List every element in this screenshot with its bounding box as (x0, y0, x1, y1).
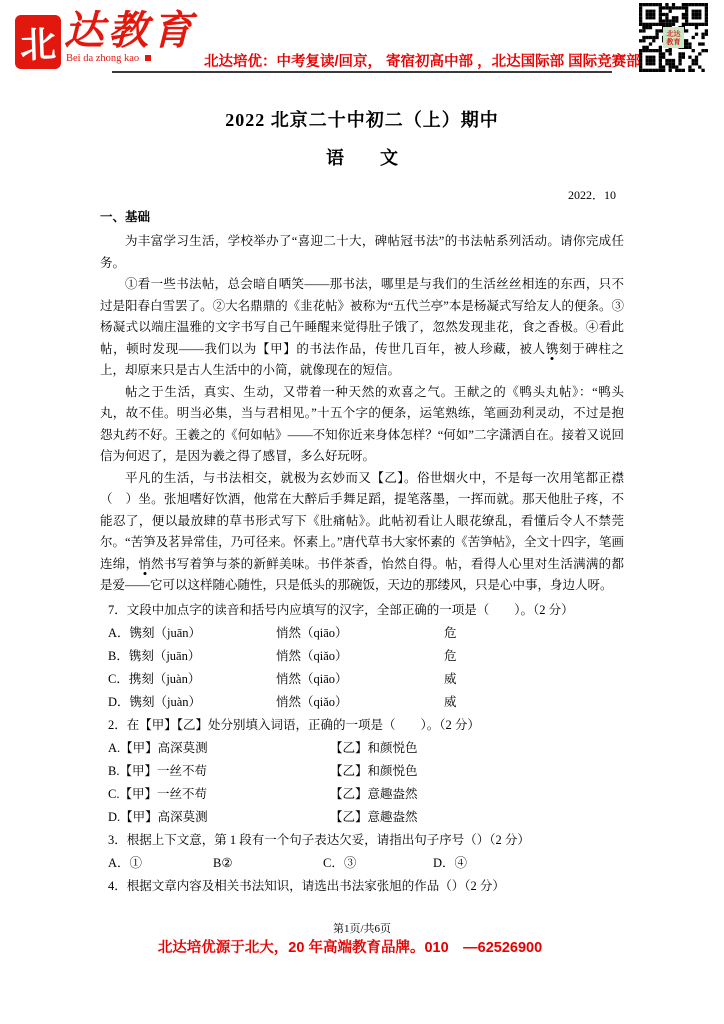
question-4-stem: 4．根据文章内容及相关书法知识，请选出书法家张旭的作品（）（2 分） (108, 875, 624, 898)
question-2: 2．在【甲】【乙】处分别填入词语，正确的一项是（ ）。（2 分） A.【甲】高深… (100, 714, 624, 829)
passage-paragraph-3: 平凡的生活，与书法相交，就极为玄妙而又【乙】。俗世烟火中，不是每一次用笔都正襟（… (100, 468, 624, 597)
question-7-option-d: D．镌刻（juàn） 悄然（qiǎo） 威 (108, 691, 624, 714)
header: 北 达教育 Bei da zhong kao 北达培优：中考复读/回京， 寄宿初… (0, 0, 724, 82)
brand-seal-logo: 北 (16, 16, 60, 68)
text-segment: 平凡的生活，与书法相交，就极为玄妙而又【乙】。俗世烟火中，不是每一次用笔都正襟（… (100, 471, 624, 571)
doc-date: 2022．10 (100, 186, 616, 203)
brand-name-script: 达教育 (64, 8, 194, 54)
question-2-option-d: D.【甲】高深莫测 【乙】意趣盎然 (108, 806, 624, 829)
option-label: 威 (444, 691, 624, 714)
option-label: 悄然（qiāo） (276, 622, 444, 645)
question-2-stem: 2．在【甲】【乙】处分别填入词语，正确的一项是（ ）。（2 分） (108, 714, 624, 737)
header-tagline: 北达培优：中考复读/回京， 寄宿初高中部 ，北达国际部 国际竞赛部 (204, 50, 624, 71)
option-label: B.【甲】一丝不苟 (108, 760, 330, 783)
option-label: D.【甲】高深莫测 (108, 806, 330, 829)
option-label: 威 (444, 668, 624, 691)
option-label: A.【甲】高深莫测 (108, 737, 330, 760)
question-7: 7．文段中加点字的读音和括号内应填写的汉字，全部正确的一项是（ ）。（2 分） … (100, 599, 624, 714)
option-label: B② (213, 852, 323, 875)
option-label: C.【甲】一丝不苟 (108, 783, 330, 806)
option-label: 【乙】意趣盎然 (330, 806, 624, 829)
option-label: A．① (108, 852, 213, 875)
qr-center-logo: 北达教育 (663, 27, 684, 48)
brand-square-icon (145, 55, 151, 61)
brand-subtext: Bei da zhong kao (66, 53, 151, 64)
option-label: C．③ (323, 852, 433, 875)
option-label: D．镌刻（juàn） (108, 691, 276, 714)
text-segment: 然书写着笋与茶的新鲜美味。书伴茶香，怡然自得。帖，看得人心里对生活满满的都是爱—… (100, 557, 624, 593)
intro-paragraph: 为丰富学习生活，学校举办了“喜迎二十大，碑帖冠书法”的书法帖系列活动。请你完成任… (100, 231, 624, 274)
brand-subtext-label: Bei da zhong kao (66, 53, 139, 64)
option-label: 【乙】和颜悦色 (330, 760, 624, 783)
option-label: 【乙】意趣盎然 (330, 783, 624, 806)
question-2-option-a: A.【甲】高深莫测 【乙】和颜悦色 (108, 737, 624, 760)
footer-slogan: 北达培优源于北大，20 年高端教育品牌。010 —62526900 (0, 936, 700, 957)
qr-center-text: 北达教育 (666, 30, 682, 46)
qr-code: 北达教育 (639, 3, 708, 72)
seal-character: 北 (19, 16, 57, 68)
option-label: 悄然（qiāo） (276, 668, 444, 691)
question-7-option-c: C．携刻（juàn） 悄然（qiāo） 威 (108, 668, 624, 691)
option-label: 【乙】和颜悦色 (330, 737, 624, 760)
option-label: 危 (444, 645, 624, 668)
document-body: 2022 北京二十中初二（上）期中 语 文 2022．10 一、基础 为丰富学习… (100, 106, 624, 898)
doc-title: 2022 北京二十中初二（上）期中 (100, 106, 624, 132)
option-label: A．镌刻（juān） (108, 622, 276, 645)
question-2-option-b: B.【甲】一丝不苟 【乙】和颜悦色 (108, 760, 624, 783)
page-number: 第1页/共6页 (0, 920, 724, 936)
option-label: 悄然（qiǎo） (276, 691, 444, 714)
option-label: B．镌刻（juān） (108, 645, 276, 668)
question-7-stem: 7．文段中加点字的读音和括号内应填写的汉字，全部正确的一项是（ ）。（2 分） (108, 599, 624, 622)
dotted-character: 悄 (138, 557, 151, 571)
question-2-option-c: C.【甲】一丝不苟 【乙】意趣盎然 (108, 783, 624, 806)
passage-paragraph-2: 帖之于生活，真实、生动，又带着一种天然的欢喜之气。王献之的《鸭头丸帖》：“鸭头丸… (100, 382, 624, 468)
option-label: 悄然（qiǎo） (276, 645, 444, 668)
dotted-character: 镌 (546, 342, 559, 356)
section-heading: 一、基础 (100, 207, 624, 225)
question-3-options: A．① B② C．③ D．④ (108, 852, 624, 875)
option-label: D．④ (433, 852, 624, 875)
option-label: 危 (444, 622, 624, 645)
question-7-option-a: A．镌刻（juān） 悄然（qiāo） 危 (108, 622, 624, 645)
question-3-stem: 3．根据上下文意，第 1 段有一个句子表达欠妥，请指出句子序号（）（2 分） (108, 829, 624, 852)
question-3: 3．根据上下文意，第 1 段有一个句子表达欠妥，请指出句子序号（）（2 分） A… (100, 829, 624, 875)
option-label: C．携刻（juàn） (108, 668, 276, 691)
doc-subject: 语 文 (100, 144, 624, 170)
question-4: 4．根据文章内容及相关书法知识，请选出书法家张旭的作品（）（2 分） (100, 875, 624, 898)
passage-paragraph-1: ①看一些书法帖，总会暗自哂笑——那书法，哪里是与我们的生活丝丝相连的东西，只不过… (100, 274, 624, 382)
header-rule (112, 71, 612, 73)
question-7-option-b: B．镌刻（juān） 悄然（qiǎo） 危 (108, 645, 624, 668)
exam-paper-page: 北 达教育 Bei da zhong kao 北达培优：中考复读/回京， 寄宿初… (0, 0, 724, 1024)
